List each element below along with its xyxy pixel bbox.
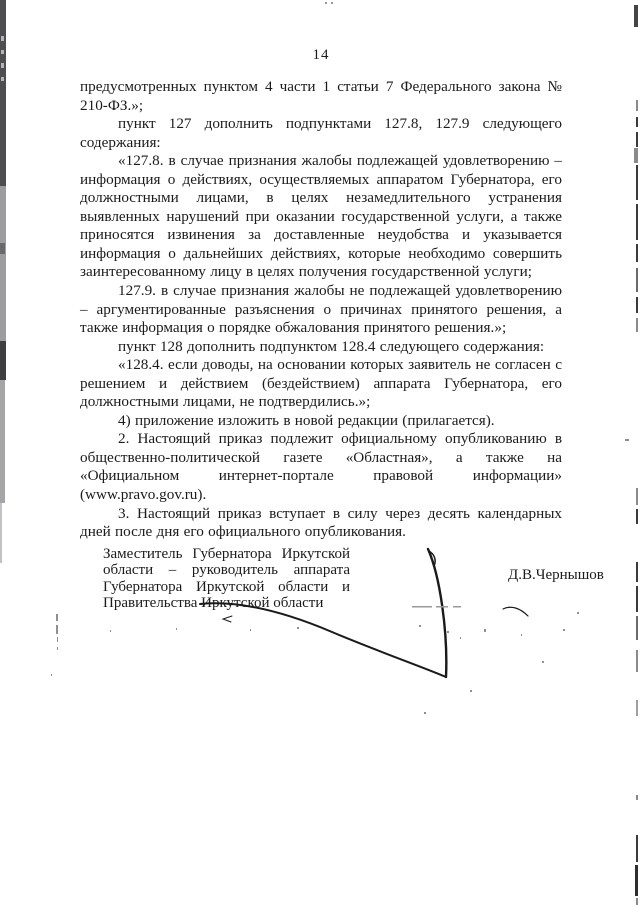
signature-title-block: Заместитель Губернатора Иркутскойобласти…	[103, 546, 350, 612]
paragraph: 127.9. в случае признания жалобы не подл…	[80, 282, 562, 338]
signature-title-line: Губернатора Иркутской области и	[103, 579, 350, 595]
paragraph: 3. Настоящий приказ вступает в силу чере…	[80, 505, 562, 542]
paragraph: пункт 127 дополнить подпунктами 127.8, 1…	[80, 115, 562, 152]
paragraph: 2. Настоящий приказ подлежит официальном…	[80, 430, 562, 504]
paragraph: «128.4. если доводы, на основании которы…	[80, 356, 562, 412]
paragraph: пункт 128 дополнить подпунктом 128.4 сле…	[80, 338, 562, 357]
scan-artifact-right-edge	[634, 5, 638, 905]
scan-artifact-left-edge	[0, 0, 6, 563]
page-number: 14	[80, 47, 562, 64]
document-body: предусмотренных пунктом 4 части 1 статьи…	[80, 78, 562, 542]
paragraph: предусмотренных пунктом 4 части 1 статьи…	[80, 78, 562, 115]
signature-dashed-line	[412, 606, 461, 608]
document-page: 14 предусмотренных пунктом 4 части 1 ста…	[0, 0, 640, 905]
paragraph: «127.8. в случае признания жалобы подлеж…	[80, 152, 562, 282]
signature-title-line: Заместитель Губернатора Иркутской	[103, 546, 350, 562]
signature-title-line: области – руководитель аппарата	[103, 562, 350, 578]
paragraph: 4) приложение изложить в новой редакции …	[80, 412, 562, 431]
signature-title-line: Правительства Иркутской области	[103, 595, 350, 611]
scan-artifact-top-specks	[325, 2, 333, 4]
signer-name: Д.В.Чернышов	[508, 567, 604, 584]
